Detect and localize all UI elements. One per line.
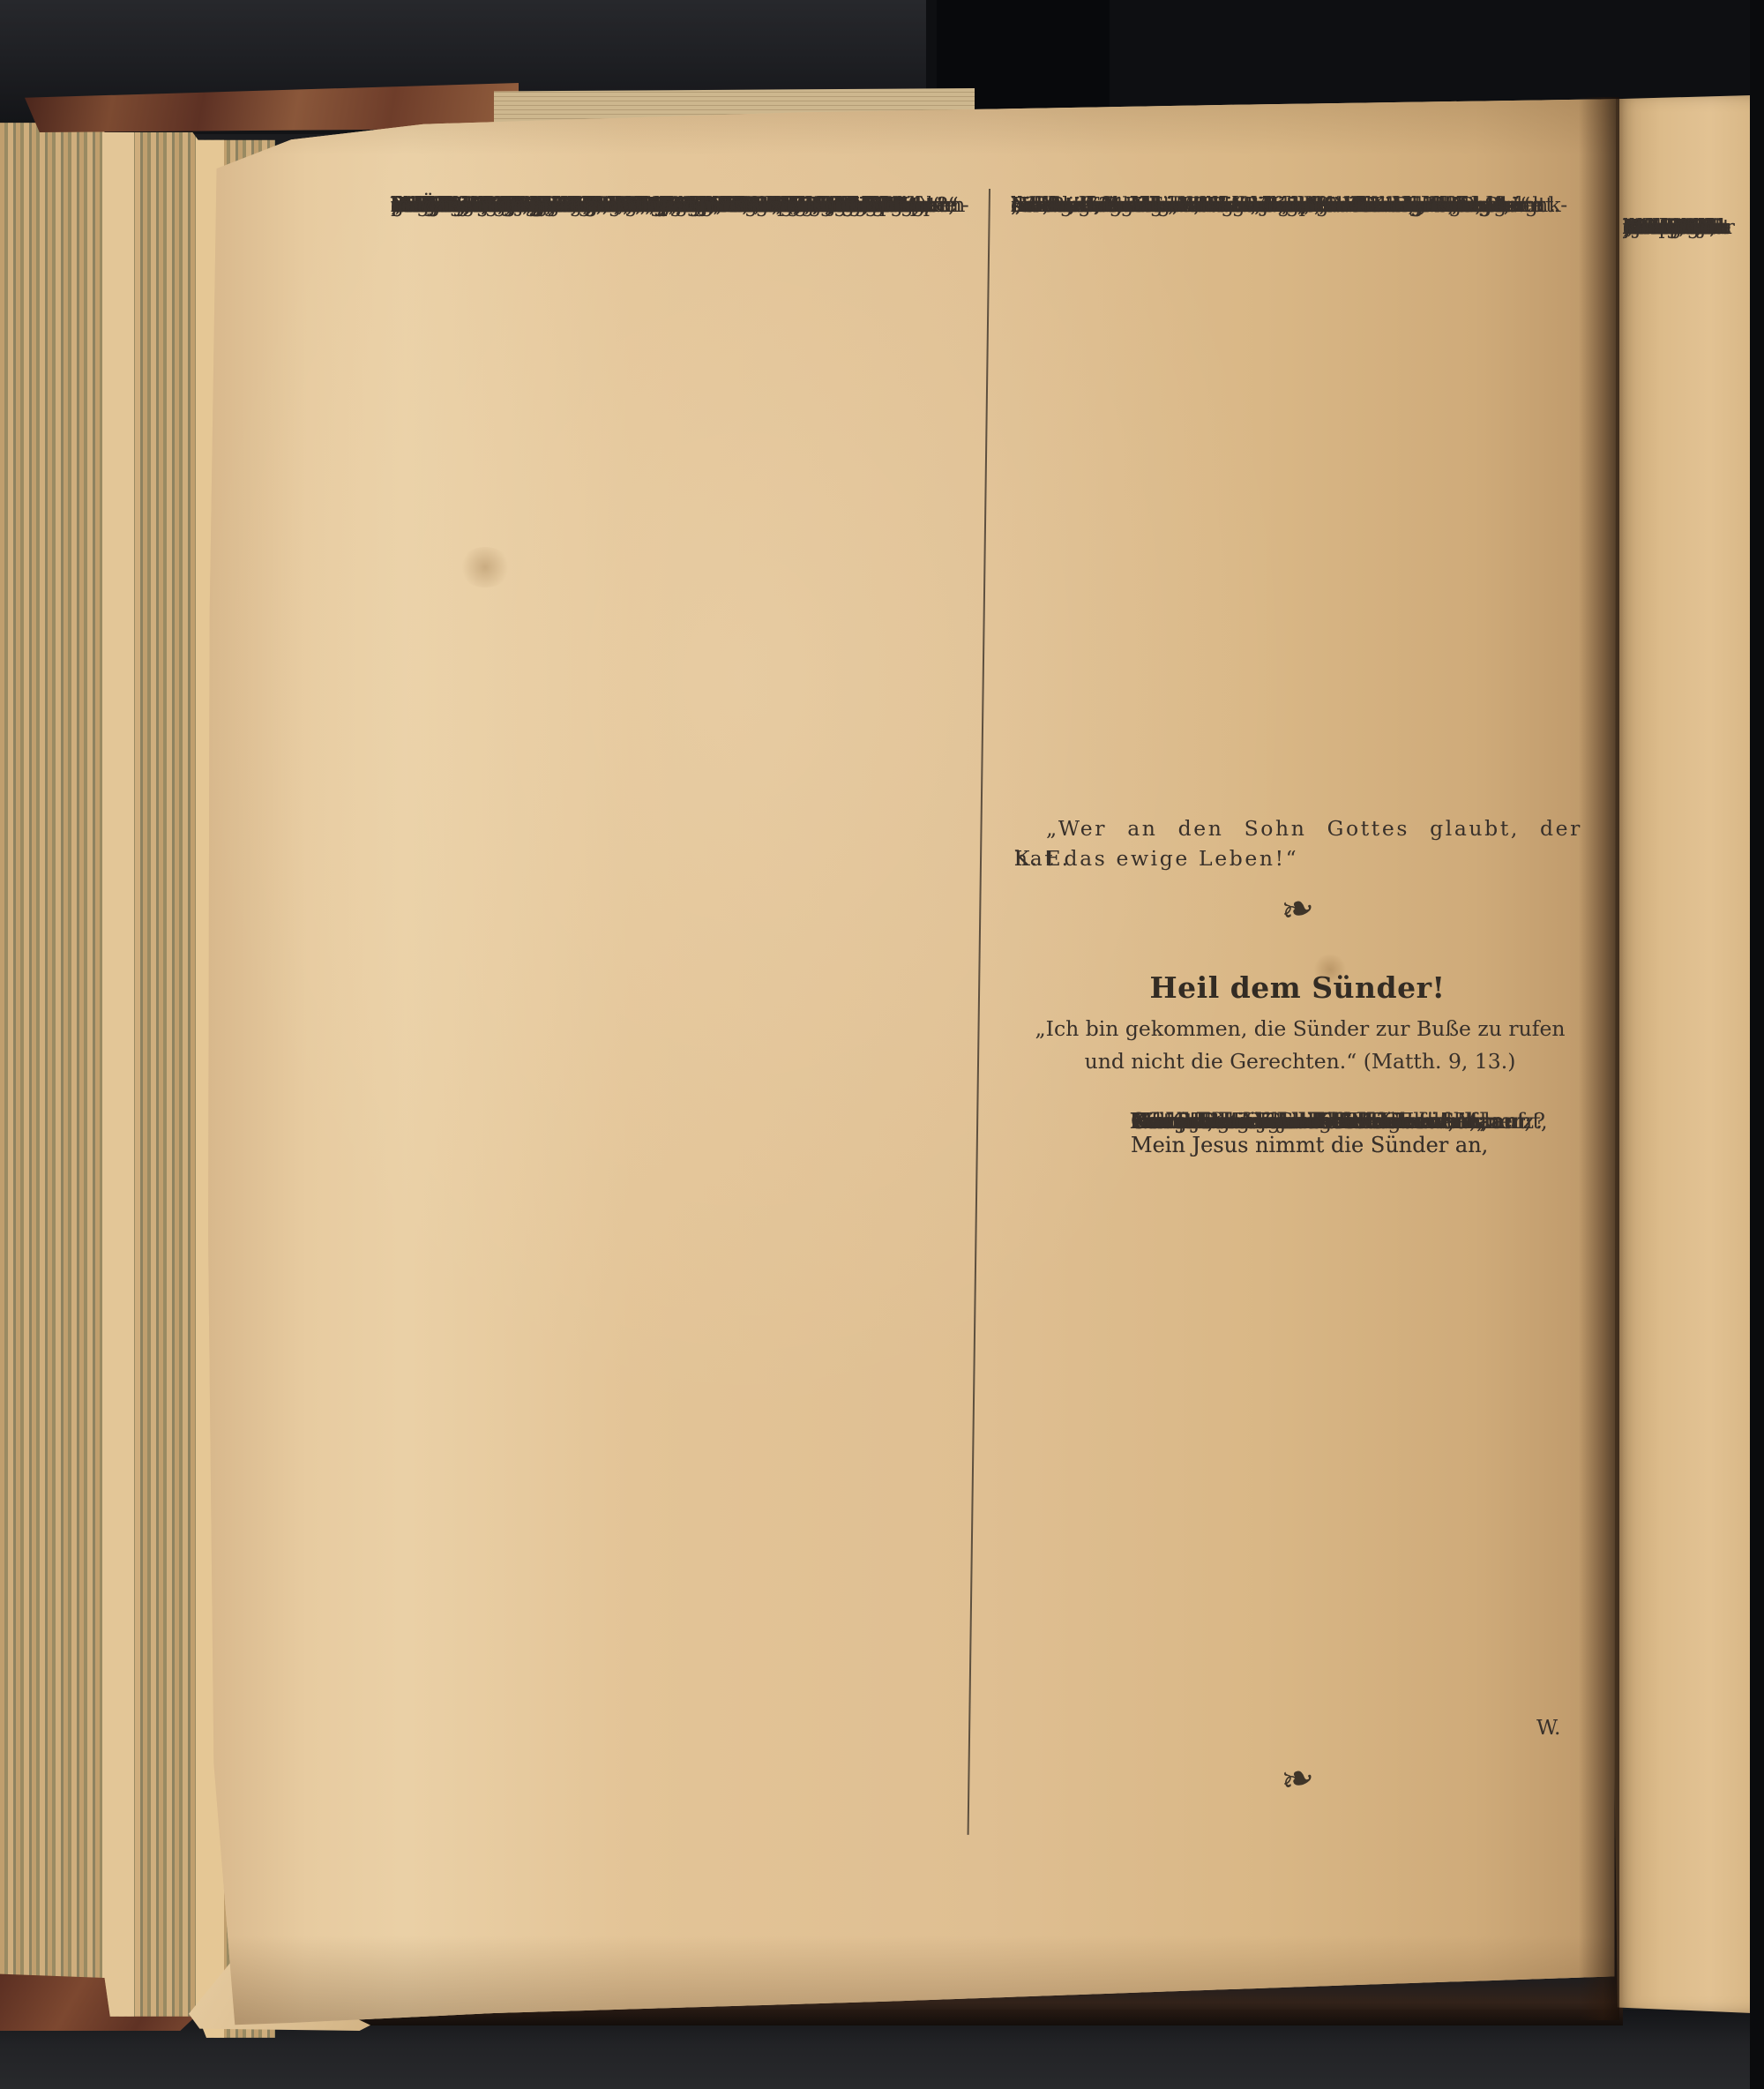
article-title: Heil dem Sünder! xyxy=(1011,970,1584,1006)
text-line: lich ein. xyxy=(1011,192,1095,218)
image-right-dark-edge xyxy=(1750,0,1764,2089)
book-photo: DasEreignisse1919 brin„Jetzt zuleuchtend… xyxy=(0,0,1764,2089)
page-stain xyxy=(459,547,512,588)
text-line: gewußt, daß es so einfach ist, so einfac… xyxy=(391,192,920,218)
text-line: Preis Ihm für Sein Erbarmen! xyxy=(1131,1108,1450,1136)
next-page-text-fragment: DasEreignisse1919 brin„Jetzt zuleuchtend… xyxy=(1623,213,1755,1925)
gutter-shadow xyxy=(1579,97,1619,2020)
epigraph-line2: und nicht die Gerechten.“ (Matth. 9, 13.… xyxy=(1000,1045,1600,1077)
epigraph-line1: „Ich bin gekommen, die Sünder zur Buße z… xyxy=(1000,1013,1600,1044)
next-page-sliver: DasEreignisse1919 brin„Jetzt zuleuchtend… xyxy=(1611,95,1752,2013)
closing-quote-line1: „Wer an den Sohn Gottes glaubt, der xyxy=(1021,815,1582,842)
author-initials: K. E. xyxy=(1014,845,1069,872)
text-line: kleine Din xyxy=(1623,213,1728,243)
